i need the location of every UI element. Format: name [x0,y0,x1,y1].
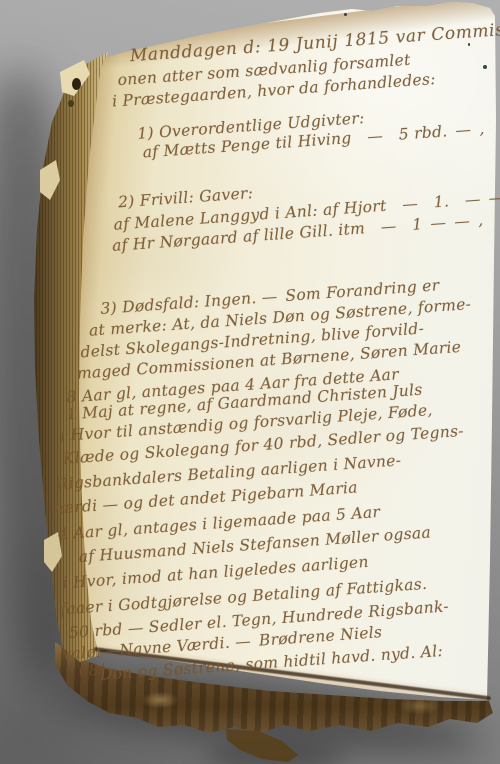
manuscript-text-layer: 68/ Manddagen d: 19 Junij 1815 var Commi… [18,13,500,704]
photo-of-manuscript-book: 68/ Manddagen d: 19 Junij 1815 var Commi… [0,0,500,764]
ink-speck [344,13,347,16]
